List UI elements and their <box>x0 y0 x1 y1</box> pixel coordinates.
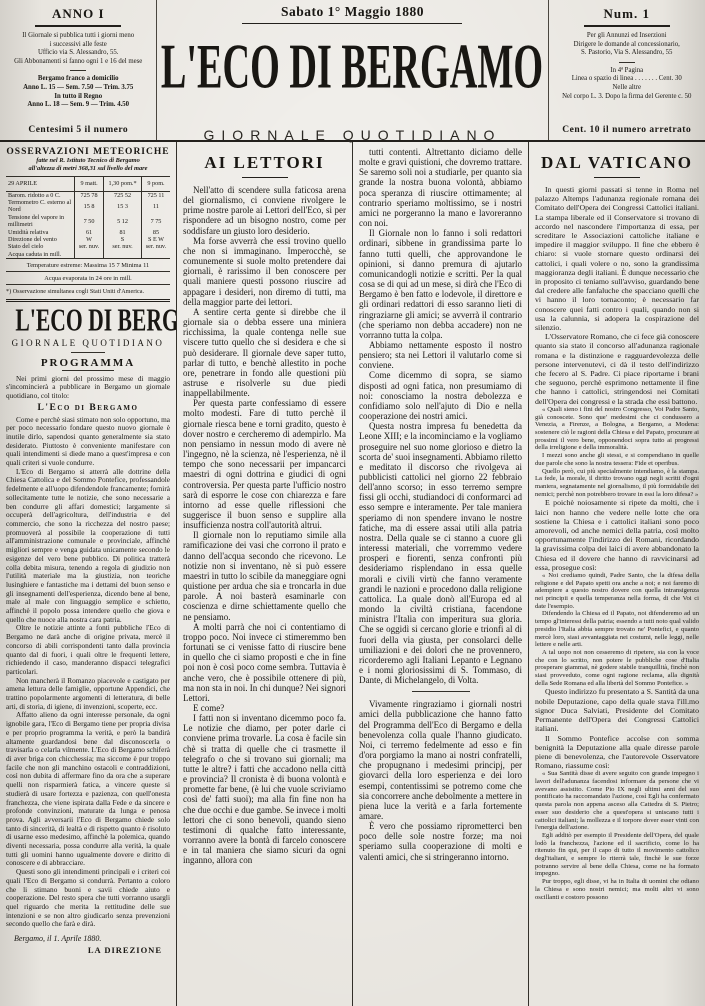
newspaper-title: L'ECO DI BERGAMO <box>161 31 543 104</box>
fineprint-line: Bergamo franco a domicilio <box>4 75 152 84</box>
weather-title: OSSERVAZIONI METEORICHE <box>6 147 170 157</box>
weather-rows: Barom. ridotto a 0 C.725 78725 52725 11T… <box>6 191 170 259</box>
separator-dash <box>619 62 635 63</box>
header-left-box: ANNO I Il Giornale si pubblica tutti i g… <box>0 0 156 140</box>
paragraph: « Sua Santità disse di avere seguito con… <box>535 770 699 832</box>
column-2: AI LETTORI Nell'atto di scendere sulla f… <box>176 142 352 1006</box>
weather-extremes: Temperature estreme: Massima 15 7 Minima… <box>6 259 170 272</box>
dal-vaticano-heading: DAL VATICANO <box>535 153 699 173</box>
weather-subtitle-1: fatte nel R. Istituto Tecnico di Bergamo <box>6 157 170 165</box>
paragraph: L'Eco di Bergamo si atterrà alle dottrin… <box>6 468 170 625</box>
fineprint-line: In 4ª Pagina <box>553 67 701 76</box>
paragraph: Nei primi giorni del prossimo mese di ma… <box>6 375 170 401</box>
paragraph: L'Eco di Bergamo <box>6 404 170 413</box>
fineprint-line: Anno L. 15 — Sem. 7.50 — Trim. 3.75 <box>4 84 152 93</box>
ai-lettori-heading: AI LETTORI <box>183 153 346 173</box>
fineprint-line: Dirigere le domande al concessionario, <box>553 41 701 50</box>
weather-header-row: 29 APRILE 9 matt. 1,30 pom.* 9 pom. <box>6 177 170 191</box>
paragraph: Il Sommo Pontefice accolse con somma ben… <box>535 734 699 771</box>
paragraph: E come? <box>183 703 346 713</box>
paragraph: Come dicemmo di sopra, se siamo disposti… <box>359 370 522 421</box>
weather-row: Termometro C. esterno al Nord15 815 311 <box>6 199 170 214</box>
paragraph: I mezzi sono anche gli stessi, e si comp… <box>535 452 699 467</box>
paragraph: Per questa parte confessiamo di essere m… <box>183 398 346 530</box>
subscription-prices: Bergamo franco a domicilioAnno L. 15 — S… <box>4 75 152 109</box>
column-1: OSSERVAZIONI METEORICHE fatte nel R. Ist… <box>0 142 176 1006</box>
page-body: OSSERVAZIONI METEORICHE fatte nel R. Ist… <box>0 142 705 1006</box>
paragraph: Questo indirizzo fu presentato a S. Sant… <box>535 687 699 733</box>
publication-info: Il Giornale si pubblica tutti i giorni m… <box>4 32 152 66</box>
issue-number: Num. 1 <box>553 6 701 22</box>
programma-body: Nei primi giorni del prossimo mese di ma… <box>6 375 170 929</box>
fineprint-line: i successivi alle feste <box>4 41 152 50</box>
fineprint-line: Nel corpo L. 3. Dopo la firma del Gerent… <box>553 93 701 102</box>
weather-row: Barom. ridotto a 0 C.725 78725 52725 11 <box>6 191 170 199</box>
paragraph: tutti contenti. Altrettanto diciamo dell… <box>359 147 522 228</box>
fineprint-line: S. Pastorio, Via S. Alessandro, 55 <box>553 49 701 58</box>
column-masthead: L'ECO DI BERGAMO GIORNALE QUOTIDIANO <box>6 308 170 353</box>
weather-row: Acqua caduta in mill. <box>6 251 170 259</box>
dal-vaticano-rule <box>594 177 640 178</box>
paragraph: Abbiamo nettamente esposto il nostro pen… <box>359 340 522 370</box>
programma-heading: PROGRAMMA <box>6 357 170 369</box>
paragraph: « Noi crediamo quindi, Padre Santo, che … <box>535 572 699 611</box>
masthead-rule <box>71 352 105 353</box>
newspaper-subtitle: GIORNALE QUOTIDIANO <box>157 127 547 143</box>
fineprint-line: Gli Abbonamenti si fanno ogni 1 e 16 del… <box>4 58 152 67</box>
ads-prices: In 4ª PaginaLinea o spazio di linea . . … <box>553 67 701 101</box>
paragraph: Nell'atto di scendere sulla faticosa are… <box>183 185 346 236</box>
fineprint-line: Linea o spazio di linea . . . . . . . Ce… <box>553 75 701 84</box>
paragraph: I fatti non si inventano dicemmo poco fa… <box>183 713 346 865</box>
issue-price: Centesimi 5 il numero <box>4 125 152 138</box>
paragraph: « Quali sieno i fini del nostro Congress… <box>535 406 699 452</box>
paragraph: Quello però, cui più specialmente intend… <box>535 468 699 499</box>
paragraph: Pur troppo, egli disse, vi ha in Italia … <box>535 878 699 901</box>
fineprint-line: Per gli Annunzi ed Inserzioni <box>553 32 701 41</box>
weather-col-date: 29 APRILE <box>6 177 75 191</box>
fineprint-line: In tutto il Regno <box>4 93 152 102</box>
fineprint-line: Il Giornale si pubblica tutti i giorni m… <box>4 32 152 41</box>
separator-dash <box>70 70 86 71</box>
ai-lettori-continuation: tutti contenti. Altrettanto diciamo dell… <box>359 147 522 862</box>
header-center: Sabato 1° Maggio 1880 L'ECO DI BERGAMO G… <box>156 0 548 140</box>
ads-info: Per gli Annunzi ed InserzioniDirigere le… <box>553 32 701 58</box>
paragraph <box>412 691 470 692</box>
paragraph: Come e perchè siasi stimato non solo opp… <box>6 416 170 468</box>
column-4: DAL VATICANO In questi giorni passati si… <box>528 142 705 1006</box>
paragraph: È vero che possiamo riprometterci ben po… <box>359 821 522 862</box>
fineprint-line: Ufficio via S. Alessandro, 55. <box>4 49 152 58</box>
weather-col-evening: 9 pom. <box>141 177 170 191</box>
paragraph: A tal uopo noi non cesseremo di ripetere… <box>535 649 699 688</box>
paragraph: Vivamente ringraziamo i giornali nostri … <box>359 699 522 821</box>
weather-footnote: *) Osservazione simultanea cogli Stati U… <box>6 285 170 295</box>
paragraph: A sentire certa gente si direbbe che il … <box>183 307 346 398</box>
paragraph: Il Giornale non lo fanno i soli redattor… <box>359 228 522 340</box>
paragraph: Ma forse avverrà che essi trovino quello… <box>183 236 346 307</box>
paragraph: Difendendo la Chiesa ed il Papato, noi d… <box>535 610 699 649</box>
ai-lettori-rule <box>242 177 288 178</box>
paragraph: Il giornale non lo reputiamo simile alla… <box>183 530 346 621</box>
paragraph: Egli additò per esempio il Presidente de… <box>535 832 699 878</box>
paragraph: L'Osservatore Romano, che ci fece già co… <box>535 332 699 406</box>
paragraph: Affatto alieno da ogni interesse persona… <box>6 711 170 868</box>
weather-report: OSSERVAZIONI METEORICHE fatte nel R. Ist… <box>6 147 170 302</box>
weather-row: Umidità relativa618185 <box>6 229 170 236</box>
header-right-box: Num. 1 Per gli Annunzi ed InserzioniDiri… <box>549 0 705 140</box>
date-rule <box>242 23 462 24</box>
weather-table: 29 APRILE 9 matt. 1,30 pom.* 9 pom. Baro… <box>6 176 170 259</box>
newspaper-page: ANNO I Il Giornale si pubblica tutti i g… <box>0 0 705 1006</box>
weather-col-afternoon: 1,30 pom.* <box>104 177 142 191</box>
num-rule <box>584 25 670 27</box>
signature-dateline: Bergamo, il 1. Aprile 1880. <box>6 934 170 943</box>
signature-name: LA DIREZIONE <box>6 945 170 955</box>
weather-subtitle-2: all'altezza di metri 368,31 sul livello … <box>6 165 170 173</box>
column-masthead-title: L'ECO DI BERGAMO <box>15 303 176 339</box>
paragraph: Questa nostra impresa fu benedetta da Le… <box>359 421 522 685</box>
masthead-header: ANNO I Il Giornale si pubblica tutti i g… <box>0 0 705 142</box>
fineprint-line: Anno L. 18 — Sem. 9 — Trim. 4.50 <box>4 101 152 110</box>
paragraph: Questi sono gli intendimenti principali … <box>6 868 170 929</box>
weather-row: Direzione del ventoWSS E W <box>6 236 170 243</box>
anno-rule <box>35 25 121 27</box>
paragraph: In questi giorni passati si tenne in Rom… <box>535 185 699 332</box>
weather-row: Stato del cieloser. nuv.ser. nuv.ser. nu… <box>6 243 170 250</box>
back-issue-price: Cent. 10 il numero arretrato <box>553 125 701 138</box>
paragraph: Oltre le notizie attinte a fonti pubblic… <box>6 624 170 676</box>
weather-evaporation: Acqua evaporata in 24 ore in mill. <box>6 272 170 285</box>
ai-lettori-body: Nell'atto di scendere sulla faticosa are… <box>183 185 346 865</box>
weather-col-morning: 9 matt. <box>75 177 104 191</box>
column-3: tutti contenti. Altrettanto diciamo dell… <box>352 142 528 1006</box>
weather-row: Tensione del vapore in millimetri7 505 1… <box>6 214 170 229</box>
paragraph: E poichè noiosamente si ripete da molti,… <box>535 498 699 572</box>
anno-label: ANNO I <box>4 6 152 22</box>
issue-date: Sabato 1° Maggio 1880 <box>157 4 547 20</box>
fineprint-line: Nelle altre <box>553 84 701 93</box>
dal-vaticano-body: In questi giorni passati si tenne in Rom… <box>535 185 699 901</box>
paragraph: Non mancherà il Romanzo piacevole e cast… <box>6 677 170 712</box>
paragraph: A molti parrà che noi ci contentiamo di … <box>183 622 346 703</box>
programma-rule <box>62 370 114 371</box>
